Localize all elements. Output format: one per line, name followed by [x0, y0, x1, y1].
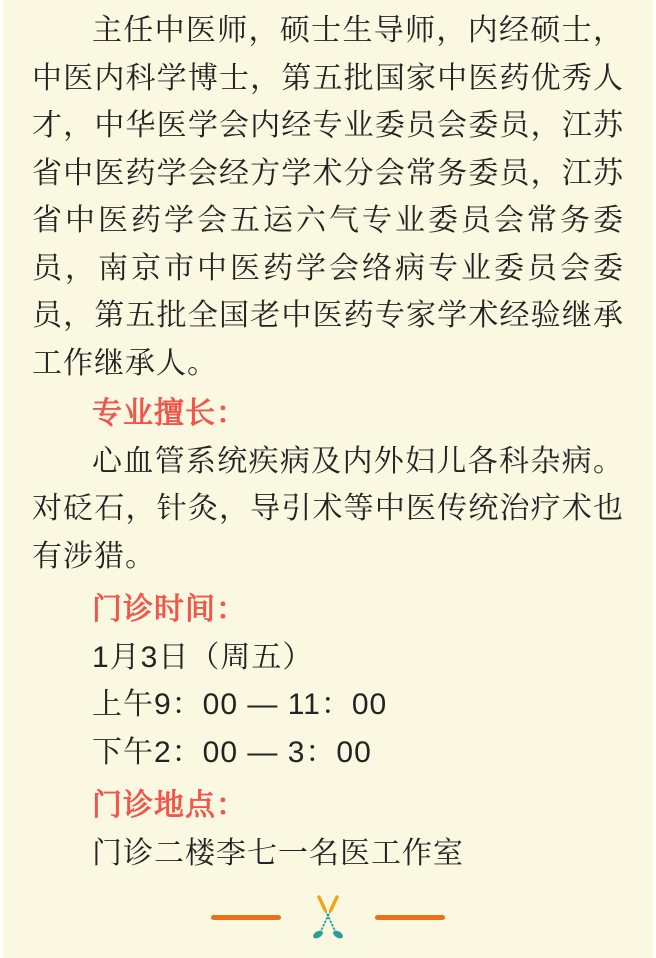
- divider-bar-right: [375, 915, 445, 920]
- crossed-golf-clubs-icon: [306, 894, 350, 940]
- clinic-morning-hours: 上午9：00 — 11：00: [32, 681, 624, 729]
- article-page: 主任中医师，硕士生导师，内经硕士，中医内科学博士，第五批国家中医药优秀人才，中华…: [0, 0, 656, 958]
- clinic-location: 门诊二楼李七一名医工作室: [32, 830, 624, 878]
- article-body: 主任中医师，硕士生导师，内经硕士，中医内科学博士，第五批国家中医药优秀人才，中华…: [3, 0, 653, 940]
- clinic-location-heading: 门诊地点：: [32, 782, 624, 830]
- divider-bar-left: [211, 915, 281, 920]
- clinic-date: 1月3日（周五）: [32, 634, 624, 682]
- clinic-time-heading: 门诊时间：: [32, 586, 624, 634]
- section-divider: [32, 894, 624, 940]
- specialty-paragraph: 心血管系统疾病及内外妇儿各科杂病。对砭石，针灸，导引术等中医传统治疗术也有涉猎。: [32, 438, 624, 581]
- bio-paragraph: 主任中医师，硕士生导师，内经硕士，中医内科学博士，第五批国家中医药优秀人才，中华…: [32, 7, 624, 387]
- specialty-heading: 专业擅长：: [32, 390, 624, 438]
- clinic-afternoon-hours: 下午2：00 — 3：00: [32, 729, 624, 777]
